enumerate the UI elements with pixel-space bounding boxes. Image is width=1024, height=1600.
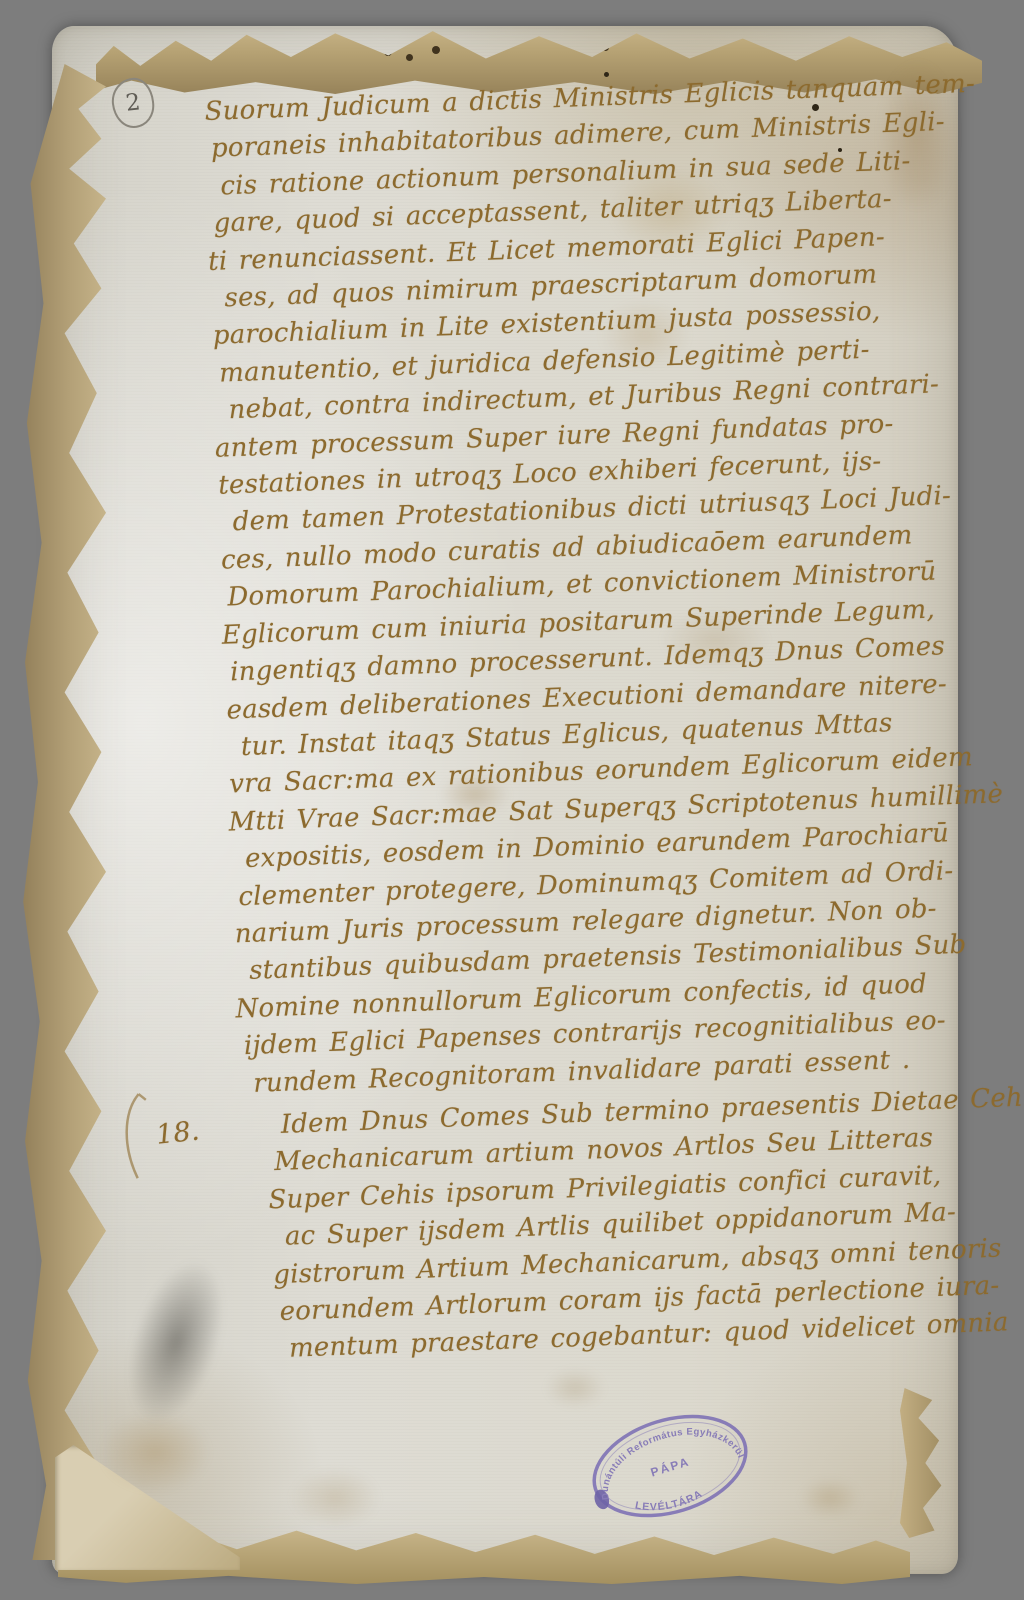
paragraph-2: 18. Idem Dnus Comes Sub termino praesent…	[241, 1080, 1010, 1370]
worm-hole	[432, 46, 440, 54]
ink-fleck	[604, 72, 609, 77]
page-number: 2	[124, 89, 141, 116]
stain	[290, 1468, 380, 1528]
stain	[545, 1368, 605, 1408]
worm-hole	[406, 54, 413, 61]
stamp-place: PÁPA	[649, 1453, 692, 1479]
manuscript-text: Suorum Judicum a dictis Ministris Eglici…	[204, 66, 1010, 1370]
paragraph-flourish-mark	[112, 1090, 149, 1183]
paragraph-1: Suorum Judicum a dictis Ministris Eglici…	[204, 66, 1000, 1103]
margin-item-number: 18.	[154, 1112, 201, 1154]
stain	[100, 1412, 210, 1492]
stain	[800, 1478, 860, 1518]
scanned-manuscript: 2 Suorum Judicum a dictis Ministris Egli…	[0, 0, 1024, 1600]
